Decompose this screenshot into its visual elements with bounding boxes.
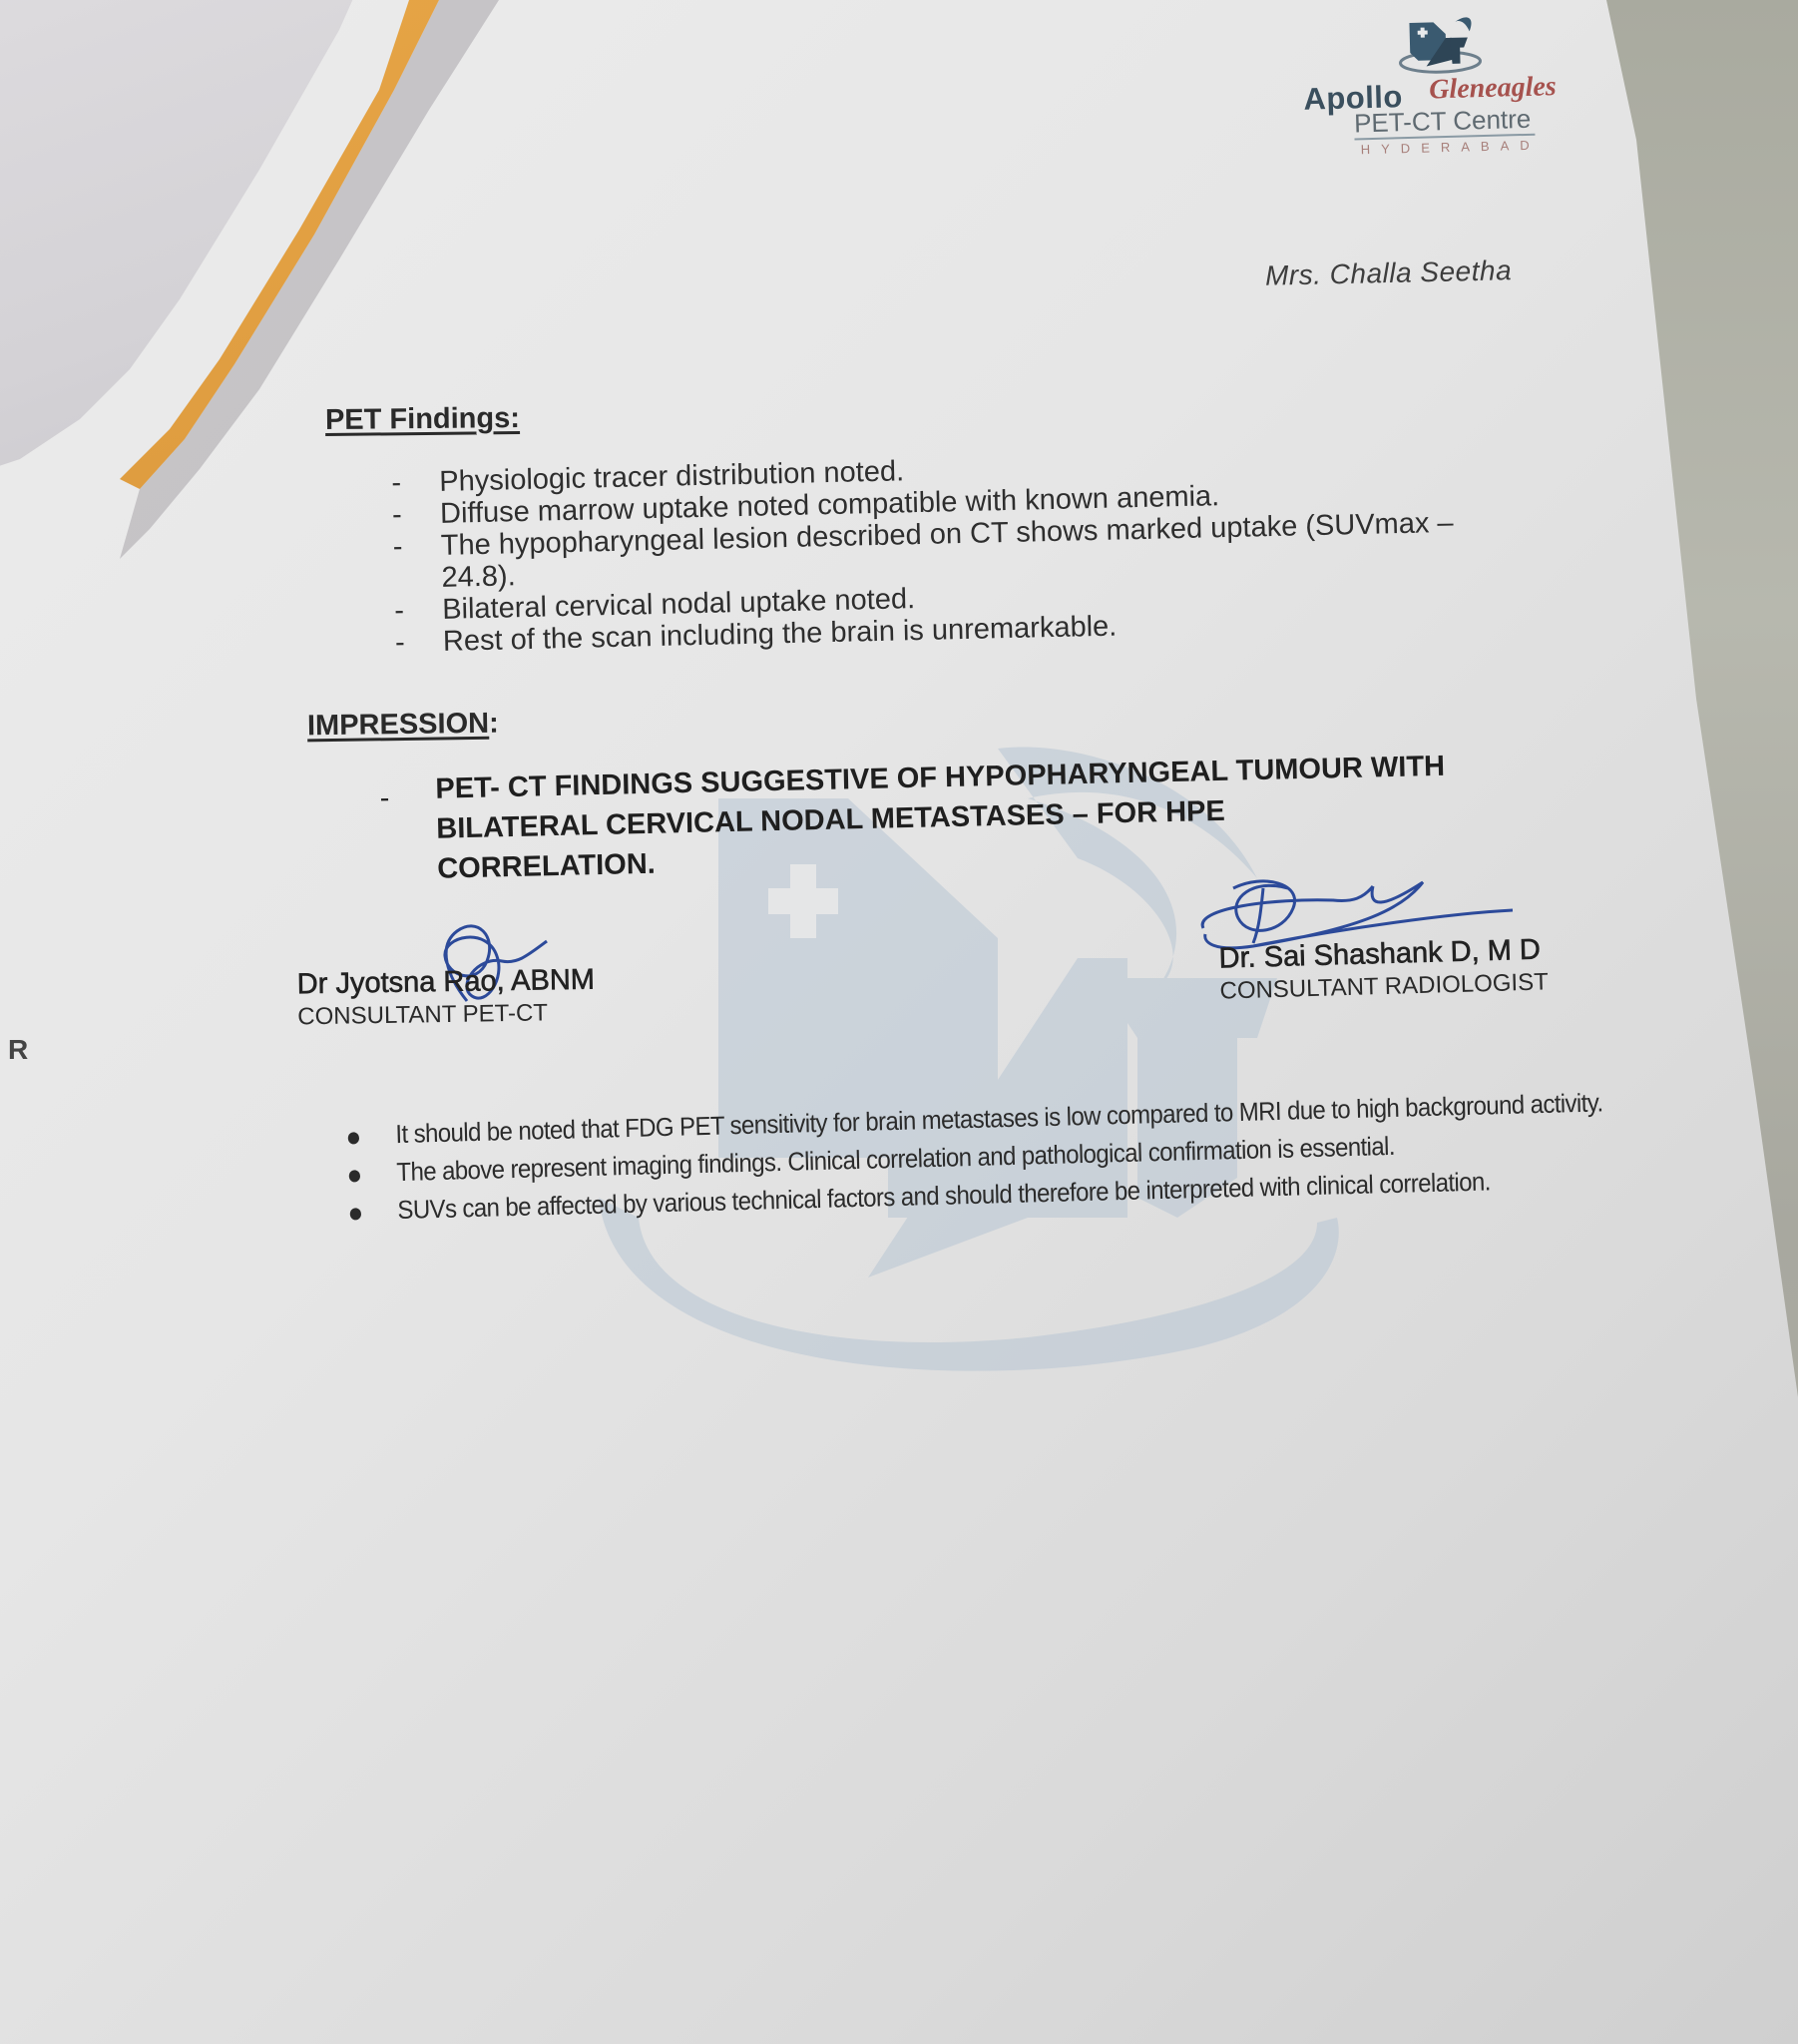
signatory-name: Dr Jyotsna Rao, ABNM: [297, 964, 596, 1002]
signatory-radiologist: Dr. Sai Shashank D, M D CONSULTANT RADIO…: [1218, 933, 1549, 1005]
bullet-dot-icon: ●: [346, 1154, 362, 1195]
clinic-logo: Apollo Gleneagles PET-CT Centre HYDERABA…: [1295, 2, 1598, 160]
pet-findings-list: - Physiologic tracer distribution noted.…: [391, 440, 1592, 659]
impression-title-colon: :: [489, 708, 499, 740]
margin-mark: R: [8, 1034, 28, 1066]
disclaimer-notes: ● It should be noted that FDG PET sensit…: [339, 1083, 1659, 1232]
dash-bullet: -: [394, 595, 404, 627]
dash-bullet: -: [391, 467, 401, 499]
pet-findings-heading: PET Findings:: [325, 402, 520, 437]
logo-city: HYDERABAD: [1361, 138, 1541, 158]
dash-bullet: -: [379, 778, 390, 818]
bullet-dot-icon: ●: [345, 1116, 361, 1157]
patient-name: Mrs. Challa Seetha: [1265, 255, 1513, 292]
signatory-pet-ct: Dr Jyotsna Rao, ABNM CONSULTANT PET-CT: [297, 964, 596, 1032]
dash-bullet: -: [395, 627, 405, 659]
dash-bullet: -: [392, 499, 402, 531]
bullet-dot-icon: ●: [347, 1192, 363, 1233]
pet-findings-title: PET Findings:: [325, 402, 520, 436]
impression-title: IMPRESSION: [307, 708, 490, 743]
logo-brand-secondary: Gleneagles: [1429, 71, 1557, 106]
impression-heading: IMPRESSION:: [307, 708, 499, 744]
dash-bullet: -: [392, 531, 402, 563]
apollo-gleneagles-logo-icon: [1395, 7, 1487, 77]
signatory-title: CONSULTANT PET-CT: [297, 999, 596, 1032]
logo-centre-name: PET-CT Centre: [1354, 104, 1536, 141]
